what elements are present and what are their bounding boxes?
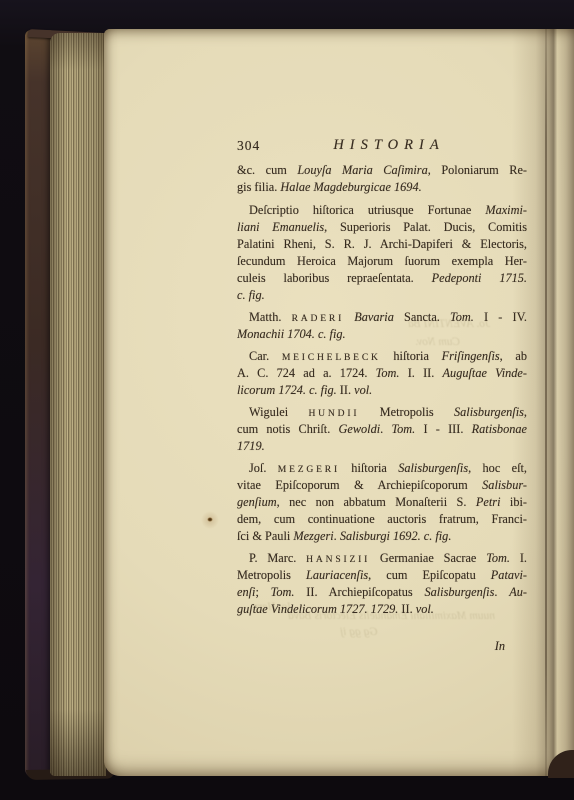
text-segment: 1719. xyxy=(237,439,265,453)
text-segment: Car. xyxy=(249,349,282,363)
text-line: Matth. RADERI Bavaria Sancta. Tom. I - I… xyxy=(237,309,527,326)
text-segment: genſium xyxy=(237,495,277,509)
text-segment: hiſtoria xyxy=(340,461,398,475)
text-segment: I. xyxy=(510,551,527,565)
text-segment: Wigulei xyxy=(249,405,308,419)
text-line: Car. MEICHELBECK hiſtoria Friſingenſis, … xyxy=(237,348,527,365)
text-line: liani Emanuelis, Superioris Palat. Ducis… xyxy=(237,219,527,236)
gutter-crease xyxy=(545,29,547,776)
text-segment: enſi xyxy=(237,585,255,599)
text-segment: vol. xyxy=(354,383,372,397)
running-title: HISTORIA xyxy=(237,137,527,154)
text-line: Joſ. MEZGERI hiſtoria Salisburgenſis, ho… xyxy=(237,460,527,477)
text-segment: hiſtoria xyxy=(381,349,442,363)
text-segment: Sancta. xyxy=(394,310,450,324)
text-segment: liani Emanuelis xyxy=(237,220,324,234)
text-segment: Tom. xyxy=(486,551,510,565)
text-segment: Louyſa Maria Caſimira xyxy=(297,163,427,177)
author-name: MEICHELBECK xyxy=(282,352,381,363)
page-stack-fore-edge xyxy=(50,33,106,776)
text-segment: Matth. xyxy=(249,310,292,324)
text-segment: I - IV. xyxy=(474,310,527,324)
text-line: dem, cum continuatione auctoris fratrum,… xyxy=(237,511,527,528)
text-segment: Tom. xyxy=(271,585,295,599)
author-name: HANSIZII xyxy=(306,554,370,565)
text-segment: II. xyxy=(398,602,415,616)
text-segment: , Superioris Palat. Ducis, Comitis xyxy=(324,220,527,234)
page-header: 304 HISTORIA xyxy=(237,137,527,154)
book-page: Jo. AVENTINI BaCum Nov.Jo. Herr.nuum Max… xyxy=(104,29,574,776)
text-segment: vitae Epiſcoporum & Archiepiſcoporum xyxy=(237,478,482,492)
author-name: MEZGERI xyxy=(278,464,340,475)
text-segment: &c. cum xyxy=(237,163,297,177)
text-segment: , hoc eſt, xyxy=(468,461,527,475)
bibliography-entries: &c. cum Louyſa Maria Caſimira, Poloniaru… xyxy=(237,162,527,618)
text-segment: , cum Epiſcopatu xyxy=(368,568,491,582)
text-segment: Germaniae Sacrae xyxy=(370,551,486,565)
text-segment: Petri xyxy=(476,495,501,509)
bibliography-entry: Joſ. MEZGERI hiſtoria Salisburgenſis, ho… xyxy=(237,460,527,545)
text-segment: dem, cum continuatione auctoris fratrum,… xyxy=(237,512,527,526)
ink-stain xyxy=(207,517,213,522)
text-segment: I. II. xyxy=(400,366,443,380)
text-segment: , Poloniarum Re- xyxy=(428,163,527,177)
text-segment: Auguſtae Vinde- xyxy=(443,366,527,380)
text-segment: Patavi- xyxy=(491,568,527,582)
bibliography-entry: Wigulei HUNDII Metropolis Salisburgenſis… xyxy=(237,404,527,455)
text-segment: , nec non abbatum Monaſterii S. xyxy=(277,495,476,509)
bibliography-entry: &c. cum Louyſa Maria Caſimira, Poloniaru… xyxy=(237,162,527,196)
text-line: cum notis Chriſt. Gewoldi. Tom. I - III.… xyxy=(237,421,527,438)
text-segment: Tom. xyxy=(376,366,400,380)
page-number: 304 xyxy=(237,137,260,154)
catchword: In xyxy=(495,639,505,653)
text-line: Wigulei HUNDII Metropolis Salisburgenſis… xyxy=(237,404,527,421)
text-line: Palatini Rheni, S. R. J. Archi-Dapiferi … xyxy=(237,236,527,253)
text-line: gis filia. Halae Magdeburgicae 1694. xyxy=(237,179,527,196)
text-segment: Salisburgenſis xyxy=(454,405,524,419)
text-segment: licorum 1724. c. fig. xyxy=(237,383,337,397)
text-segment: P. Marc. xyxy=(249,551,306,565)
bibliography-entry: P. Marc. HANSIZII Germaniae Sacrae Tom. … xyxy=(237,550,527,618)
text-segment: Ratisbonae xyxy=(472,422,527,436)
text-segment: II. Archiepiſcopatus xyxy=(295,585,425,599)
bibliography-entry: Matth. RADERI Bavaria Sancta. Tom. I - I… xyxy=(237,309,527,343)
bibliography-entry: Deſcriptio hiſtorica utriusque Fortunae … xyxy=(237,202,527,304)
text-segment: ; xyxy=(255,585,270,599)
text-line: genſium, nec non abbatum Monaſterii S. P… xyxy=(237,494,527,511)
author-name: HUNDII xyxy=(308,408,359,419)
text-line: ſecundum Heroica Majorum ſuorum exempla … xyxy=(237,253,527,270)
text-segment: ibi- xyxy=(501,495,528,509)
text-segment: ſecundum Heroica Majorum ſuorum exempla … xyxy=(237,254,527,268)
text-segment: Tom. xyxy=(450,310,474,324)
text-segment: ſci & Pauli xyxy=(237,529,293,543)
text-segment: A. C. 724 ad a. 1724. xyxy=(237,366,376,380)
text-segment: Halae Magdeburgicae 1694. xyxy=(280,180,421,194)
text-segment: Joſ. xyxy=(249,461,278,475)
text-segment: Pedeponti 1715. xyxy=(432,271,527,285)
text-segment: , ab xyxy=(500,349,527,363)
printed-text-block: 304 HISTORIA &c. cum Louyſa Maria Caſimi… xyxy=(237,137,527,655)
text-segment: vol. xyxy=(416,602,434,616)
text-line: enſi; Tom. II. Archiepiſcopatus Salisbur… xyxy=(237,584,527,601)
ink-stain-halo xyxy=(201,511,219,529)
text-segment: Lauriacenſis xyxy=(306,568,368,582)
text-segment: Salisburgenſis xyxy=(424,585,494,599)
book-spine xyxy=(25,30,52,778)
text-segment: Tom. xyxy=(391,422,415,436)
text-segment: Au- xyxy=(509,585,527,599)
text-segment: Monachii 1704. c. fig. xyxy=(237,327,346,341)
text-segment: c. fig. xyxy=(237,288,265,302)
text-segment: Metropolis xyxy=(237,568,306,582)
text-segment: Mezgeri xyxy=(293,529,333,543)
text-segment: culeis laboribus repraeſentata. xyxy=(237,271,432,285)
text-line: culeis laboribus repraeſentata. Pedepont… xyxy=(237,270,527,287)
photo-background: Jo. AVENTINI BaCum Nov.Jo. Herr.nuum Max… xyxy=(0,0,574,800)
text-line: A. C. 724 ad a. 1724. Tom. I. II. Auguſt… xyxy=(237,365,527,382)
text-line: guſtae Vindelicorum 1727. 1729. II. vol. xyxy=(237,601,527,618)
text-line: 1719. xyxy=(237,438,527,455)
text-segment: II. xyxy=(337,383,354,397)
text-segment: Bavaria xyxy=(354,310,394,324)
text-segment: . xyxy=(380,422,391,436)
catchword-row: In xyxy=(237,638,527,655)
text-segment: gis filia. xyxy=(237,180,280,194)
text-segment xyxy=(344,310,354,324)
text-segment: I - III. xyxy=(415,422,471,436)
text-segment: Gewoldi xyxy=(338,422,380,436)
text-line: P. Marc. HANSIZII Germaniae Sacrae Tom. … xyxy=(237,550,527,567)
text-line: Deſcriptio hiſtorica utriusque Fortunae … xyxy=(237,202,527,219)
text-segment: . xyxy=(494,585,509,599)
bibliography-entry: Car. MEICHELBECK hiſtoria Friſingenſis, … xyxy=(237,348,527,399)
text-segment: guſtae Vindelicorum 1727. 1729. xyxy=(237,602,398,616)
text-line: ſci & Pauli Mezgeri. Salisburgi 1692. c.… xyxy=(237,528,527,545)
text-segment: Maximi- xyxy=(485,203,527,217)
text-segment: Metropolis xyxy=(359,405,454,419)
text-line: c. fig. xyxy=(237,287,527,304)
text-segment: Palatini Rheni, S. R. J. Archi-Dapiferi … xyxy=(237,237,527,251)
text-segment: cum notis Chriſt. xyxy=(237,422,338,436)
text-line: &c. cum Louyſa Maria Caſimira, Poloniaru… xyxy=(237,162,527,179)
text-segment: Deſcriptio hiſtorica utriusque Fortunae xyxy=(249,203,485,217)
text-line: licorum 1724. c. fig. II. vol. xyxy=(237,382,527,399)
text-line: Monachii 1704. c. fig. xyxy=(237,326,527,343)
text-segment: Salisburgi 1692. c. fig. xyxy=(340,529,452,543)
text-segment: Salisbur- xyxy=(482,478,527,492)
text-line: Metropolis Lauriacenſis, cum Epiſcopatu … xyxy=(237,567,527,584)
author-name: RADERI xyxy=(292,313,344,324)
text-segment: , xyxy=(524,405,527,419)
text-segment: Salisburgenſis xyxy=(398,461,468,475)
text-segment: Friſingenſis xyxy=(442,349,500,363)
text-line: vitae Epiſcoporum & Archiepiſcoporum Sal… xyxy=(237,477,527,494)
